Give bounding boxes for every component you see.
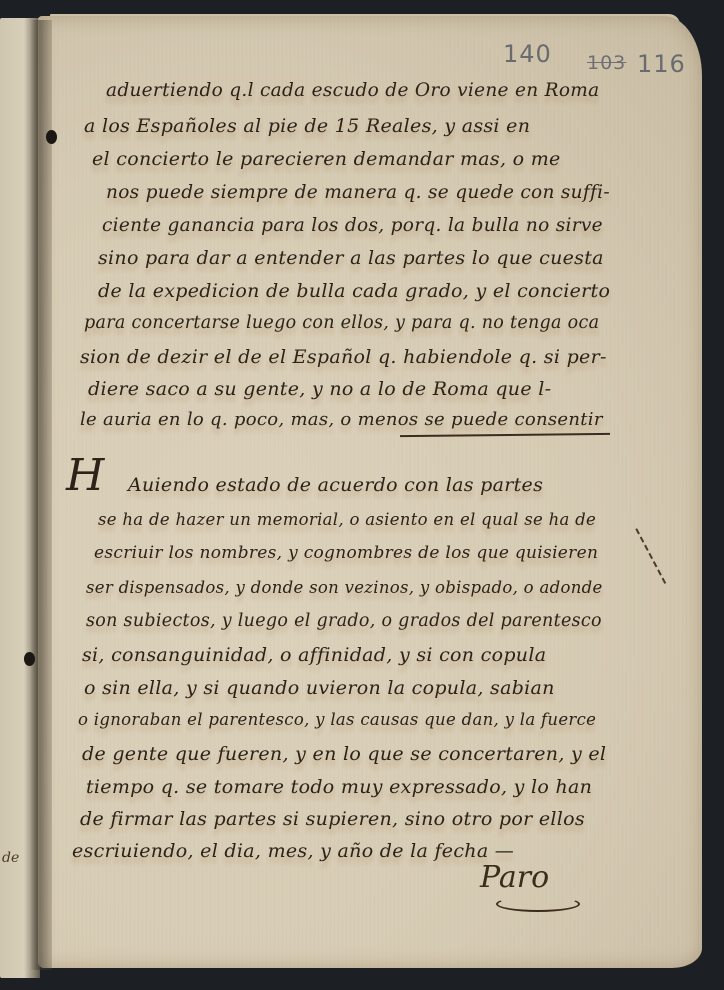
- left-leaf-fragment: de: [2, 850, 19, 866]
- text-line: le auria en lo q. poco, mas, o menos se …: [80, 409, 603, 430]
- signature: Paro: [480, 860, 549, 895]
- text-line: aduertiendo q.l cada escudo de Oro viene…: [106, 80, 599, 101]
- worm-hole: [46, 130, 57, 144]
- text-line: de gente que fueren, y en lo que se conc…: [82, 743, 606, 765]
- text-line: sino para dar a entender a las partes lo…: [98, 247, 604, 269]
- text-line: sion de dezir el de el Español q. habien…: [80, 346, 607, 368]
- text-line: o ignoraban el parentesco, y las causas …: [78, 710, 596, 729]
- text-line: a los Españoles al pie de 15 Reales, y a…: [84, 115, 530, 137]
- text-line: tiempo q. se tomare todo muy expressado,…: [86, 776, 592, 798]
- text-line: de la expedicion de bulla cada grado, y …: [98, 280, 610, 302]
- binding-gutter: [30, 20, 52, 970]
- decorated-initial: H: [66, 450, 104, 501]
- text-line: nos puede siempre de manera q. se quede …: [106, 182, 610, 203]
- folio-number-struck: 103: [587, 52, 626, 74]
- text-line: ser dispensados, y donde son vezinos, y …: [86, 578, 603, 597]
- text-line: o sin ella, y si quando uvieron la copul…: [84, 677, 555, 699]
- folio-number: 140: [503, 40, 552, 68]
- text-line: si, consanguinidad, o affinidad, y si co…: [82, 644, 546, 666]
- text-line: se ha de hazer un memorial, o asiento en…: [98, 510, 596, 529]
- text-line: para concertarse luego con ellos, y para…: [84, 313, 599, 333]
- text-line: escriuiendo, el dia, mes, y año de la fe…: [72, 840, 514, 862]
- text-line: el concierto le parecieren demandar mas,…: [92, 148, 561, 170]
- text-line: Auiendo estado de acuerdo con las partes: [128, 474, 543, 496]
- text-line: escriuir los nombres, y cognombres de lo…: [94, 543, 598, 563]
- worm-hole: [24, 652, 35, 666]
- text-line: ciente ganancia para los dos, porq. la b…: [102, 215, 603, 236]
- folio-number-new: 116: [637, 50, 686, 78]
- text-line: de firmar las partes si supieren, sino o…: [80, 808, 585, 830]
- text-line: son subiectos, y luego el grado, o grado…: [86, 611, 602, 631]
- text-line: diere saco a su gente, y no a lo de Roma…: [88, 378, 551, 400]
